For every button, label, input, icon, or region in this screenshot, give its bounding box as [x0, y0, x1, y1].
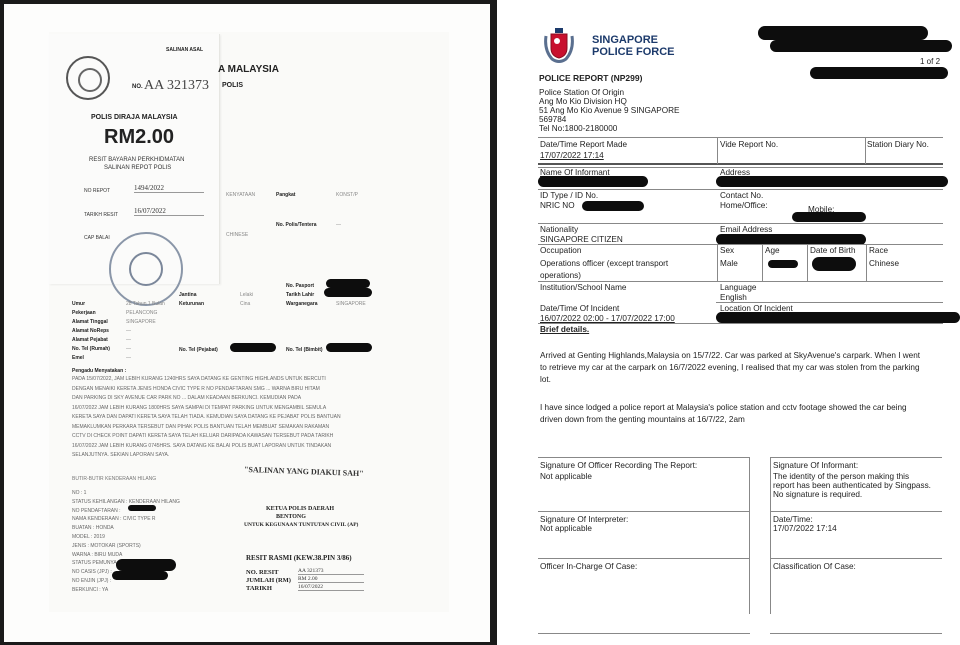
tel-bimbit-label: No. Tel (Bimbit) — [286, 347, 323, 353]
address-redaction — [716, 176, 948, 187]
tarikh-lahir-label: Tarikh Lahir — [286, 292, 314, 298]
col-rule — [807, 244, 808, 281]
vehicle-line: STATUS KEHILANGAN : KENDERAAN HILANG — [72, 499, 180, 505]
page-count: 1 of 2 — [920, 57, 940, 67]
no-repot-label: NO REPOT — [84, 188, 110, 194]
nationality-label: Nationality — [540, 225, 578, 235]
sig-col-rule — [770, 457, 771, 614]
official-receipt-no-label: NO. RESIT — [246, 569, 279, 576]
engine-redaction — [112, 571, 168, 580]
vehicle-line: NO PENDAFTARAN : — [72, 508, 121, 514]
vehicle-line: NO CASIS (JPJ) : — [72, 569, 112, 575]
umur-label: Umur — [72, 301, 85, 307]
emel-value: — — [126, 355, 131, 361]
official-receipt-date-label: TARIKH — [246, 585, 272, 592]
cap-balai-label: CAP BALAI — [84, 235, 110, 241]
singapore-police-report: SINGAPORE POLICE FORCE 1 of 2 POLICE REP… — [530, 0, 960, 645]
col-rule — [717, 137, 718, 164]
pdrm-crest-icon — [66, 56, 110, 100]
spf-org-name: SINGAPORE POLICE FORCE — [592, 34, 675, 58]
pekerjaan-label: Pekerjaan — [72, 310, 96, 316]
alamat-noreps-label: Alamat NoReps — [72, 328, 109, 334]
certifier-line-3: UNTUK KEGUNAAN TUNTUTAN CIVIL (AP) — [244, 522, 358, 529]
statement-line: 16/07/2022 JAM LEBIH KURANG 0745HRS. SAY… — [72, 443, 331, 449]
sig-rule — [770, 511, 942, 512]
chassis-redaction — [116, 559, 176, 571]
no-polis-value: — — [336, 222, 341, 228]
sig-informant-line3: No signature is required. — [773, 490, 862, 499]
row-rule — [538, 223, 943, 224]
keturunan-label: Keturunan — [179, 301, 204, 307]
official-receipt-title: RESIT RASMI (KEW.38.PIN 3/86) — [246, 554, 352, 562]
statement-line: DAN PARKING DI SKY AVENUE CAR PARK NO ..… — [72, 395, 301, 401]
alamat-noreps-value: — — [126, 328, 131, 334]
receipt-desc-2: SALINAN REPOT POLIS — [104, 165, 171, 172]
sig-rule — [538, 457, 750, 458]
contact-label: Contact No. — [720, 191, 763, 201]
pasport-label: No. Pasport — [286, 283, 314, 289]
vehicle-line: BERKUNCI : YA — [72, 587, 108, 593]
alamat-tinggal-value: SINGAPORE — [126, 319, 156, 325]
sig-interpreter-label: Signature Of Interpreter: — [540, 515, 628, 524]
tarikh-resit-value: 16/07/2022 — [134, 207, 204, 216]
receipt-no-prefix: NO. — [132, 84, 143, 90]
malaysia-report-photo-frame: SALINAN ASAL A MALAYSIA POLIS NO. AA 321… — [0, 0, 497, 645]
tel-rumah-value: — — [126, 346, 131, 352]
brief-para2-line2: driven down from the genting mountains a… — [540, 414, 745, 425]
receipt-number: AA 321373 — [144, 78, 209, 93]
vehicle-line: STATUS PEMUNYA : — [72, 560, 119, 566]
occupation-value-1: Operations officer (except transport — [540, 259, 668, 269]
sig-rule — [538, 558, 750, 559]
statement-label: Pengadu Menyatakan : — [72, 368, 126, 374]
date-time-made-value: 17/07/2022 17:14 — [540, 151, 604, 161]
no-polis-label: No. Polis/Tentera — [276, 222, 316, 228]
spf-crest-icon — [542, 26, 576, 64]
tel-pejabat-redaction — [230, 343, 276, 352]
brief-para1-line2: to retrieve my car at the carpark on 16/… — [540, 362, 920, 373]
umur-value: 28 Tahun 1 Bulan — [126, 301, 165, 307]
vehicle-line: JENIS : MOTOKAR (SPORTS) — [72, 543, 141, 549]
warganegara-label: Warganegara — [286, 301, 318, 307]
header-redaction-2 — [810, 67, 948, 79]
sex-value: Male — [720, 259, 738, 269]
institution-label: Institution/School Name — [540, 283, 626, 293]
statement-line: 16/07/2022 JAM LEBIH KURANG 1800HRS SAYA… — [72, 405, 326, 411]
header-double-rule — [538, 163, 943, 165]
date-time-made-label: Date/Time Report Made — [540, 140, 627, 150]
datetime-value: 17/07/2022 17:14 — [773, 524, 837, 533]
malaysia-report-photo: SALINAN ASAL A MALAYSIA POLIS NO. AA 321… — [4, 4, 490, 642]
official-receipt-no-value: AA 321373 — [298, 568, 364, 575]
station-diary-label: Station Diary No. — [867, 140, 929, 150]
certifier-line-1: KETUA POLIS DAERAH — [266, 506, 334, 513]
statement-line: DENGAN MENAIKI KERETA JENIS HONDA CIVIC … — [72, 386, 320, 392]
sig-rule — [538, 511, 750, 512]
sig-informant-line2: report has been authenticated by Singpas… — [773, 481, 931, 490]
col-rule — [762, 244, 763, 281]
vide-report-label: Vide Report No. — [720, 140, 778, 150]
header-right-1: A MALAYSIA — [218, 64, 279, 75]
row-rule — [538, 281, 943, 282]
occupation-label: Occupation — [540, 246, 581, 256]
alamat-pejabat-label: Alamat Pejabat — [72, 337, 108, 343]
pangkat-value: KONST/P — [336, 192, 358, 198]
dob-label: Date of Birth — [810, 246, 856, 256]
emel-label: Emel — [72, 355, 84, 361]
datetime-label: Date/Time: — [773, 515, 813, 524]
sex-label: Sex — [720, 246, 734, 256]
org-line-2: POLICE FORCE — [592, 46, 675, 58]
brief-label: Brief details. — [540, 325, 589, 335]
certifier-line-2: BENTONG — [276, 514, 306, 521]
classification-label: Classification Of Case: — [773, 562, 856, 572]
id-type-label: ID Type / ID No. — [540, 191, 598, 201]
receipt-desc-1: RESIT BAYARAN PERKHIDMATAN — [89, 157, 184, 164]
receipt-amount: RM2.00 — [104, 126, 174, 148]
chinese-label: CHINESE — [226, 232, 248, 238]
sig-rule — [770, 558, 942, 559]
sig-rule — [770, 457, 942, 458]
police-station-stamp — [109, 232, 183, 306]
language-label: Language — [720, 283, 756, 293]
pasport-redaction — [326, 279, 370, 288]
jantina-value: Lelaki — [240, 292, 253, 298]
station-tel: Tel No:1800-2180000 — [539, 124, 617, 134]
brief-para1-line1: Arrived at Genting Highlands,Malaysia on… — [540, 350, 920, 361]
tel-rumah-label: No. Tel (Rumah) — [72, 346, 110, 352]
age-redaction — [768, 260, 798, 268]
reg-no-redaction — [128, 505, 156, 511]
brief-para2-line1: I have since lodged a police report at M… — [540, 402, 907, 413]
age-label: Age — [765, 246, 780, 256]
kenyataan-label: KENYATAAN — [226, 192, 255, 198]
row-rule — [716, 302, 943, 303]
col-rule — [866, 244, 867, 281]
statement-line: KERETA SAYA DAN DAPATI KERETA SAYA TELAH… — [72, 414, 341, 420]
row-rule — [538, 244, 943, 245]
sig-officer-label: Signature Of Officer Recording The Repor… — [540, 461, 697, 471]
statement-line: CCTV DI CHECK POINT DAPATI KERETA SAYA T… — [72, 433, 333, 439]
incident-time-label: Date/Time Of Incident — [540, 304, 619, 314]
agency-name: POLIS DIRAJA MALAYSIA — [91, 114, 178, 122]
vehicle-line: BUATAN : HONDA — [72, 525, 114, 531]
pekerjaan-value: PELANCONG — [126, 310, 157, 316]
sig-informant-label: Signature Of Informant: — [773, 461, 858, 471]
jantina-label: Jantina — [179, 292, 197, 298]
header-right-2: POLIS — [222, 82, 243, 90]
vehicle-line: NO ENJIN (JPJ) : — [72, 578, 111, 584]
tel-bimbit-redaction — [326, 343, 372, 352]
official-receipt-date-value: 16/07/2022 — [298, 584, 364, 591]
statement-line: PADA 15/07/2022, JAM LEBIH KURANG 1240HR… — [72, 376, 326, 382]
table-top-rule — [538, 137, 943, 138]
sig-rule — [538, 633, 750, 634]
official-receipt-amount-value: RM 2.00 — [298, 576, 364, 583]
statement-line: SELANJUTNYA. SEKIAN LAPORAN SAYA. — [72, 452, 169, 458]
sig-informant-line1: The identity of the person making this — [773, 472, 909, 481]
brief-para1-line3: lot. — [540, 374, 551, 385]
org-line-1: SINGAPORE — [592, 34, 675, 46]
row-rule — [538, 323, 943, 324]
home-office-label: Home/Office: — [720, 201, 768, 211]
sig-rule — [770, 633, 942, 634]
vehicle-line: NAMA KENDERAAN : CIVIC TYPE R — [72, 516, 156, 522]
race-label: Race — [869, 246, 888, 256]
no-repot-value: 1494/2022 — [134, 184, 204, 193]
sig-col-rule — [749, 457, 750, 614]
statement-line: MEMAKLUMKAN PERKARA TERSEBUT DAN PIHAK P… — [72, 424, 329, 430]
dob-redaction — [324, 288, 372, 297]
warganegara-value: SINGAPORE — [336, 301, 366, 307]
barcode-redaction — [758, 26, 928, 40]
vehicle-header: BUTIR-BUTIR KENDERAAN HILANG — [72, 476, 156, 482]
race-value: Chinese — [869, 259, 899, 269]
row-rule — [538, 189, 943, 190]
sig-interpreter-value: Not applicable — [540, 524, 592, 533]
officer-in-charge-label: Officer In-Charge Of Case: — [540, 562, 637, 572]
tarikh-resit-label: TARIKH RESIT — [84, 212, 118, 218]
col-rule — [717, 244, 718, 281]
sig-officer-value: Not applicable — [540, 472, 592, 482]
dob-redaction — [812, 257, 856, 271]
alamat-tinggal-label: Alamat Tinggal — [72, 319, 108, 325]
id-type-value: NRIC NO — [540, 201, 575, 211]
occupation-value-2: operations) — [540, 271, 581, 281]
alamat-pejabat-value: — — [126, 337, 131, 343]
header-redaction-1 — [770, 40, 952, 52]
keturunan-value: Cina — [240, 301, 250, 307]
col-rule — [865, 137, 866, 164]
copy-label: SALINAN ASAL — [166, 47, 203, 53]
vehicle-line: MODEL : 2019 — [72, 534, 105, 540]
location-redaction — [716, 312, 960, 323]
mobile-redaction — [792, 212, 866, 222]
vehicle-line: WARNA : BIRU MUDA — [72, 552, 122, 558]
nric-redaction — [582, 201, 644, 211]
report-title: POLICE REPORT (NP299) — [539, 73, 642, 83]
official-receipt-amount-label: JUMLAH (RM) — [246, 577, 291, 584]
vehicle-line: NO : 1 — [72, 490, 86, 496]
tel-pejabat-label: No. Tel (Pejabat) — [179, 347, 218, 353]
informant-redaction — [538, 176, 648, 187]
pangkat-label: Pangkat — [276, 192, 295, 198]
